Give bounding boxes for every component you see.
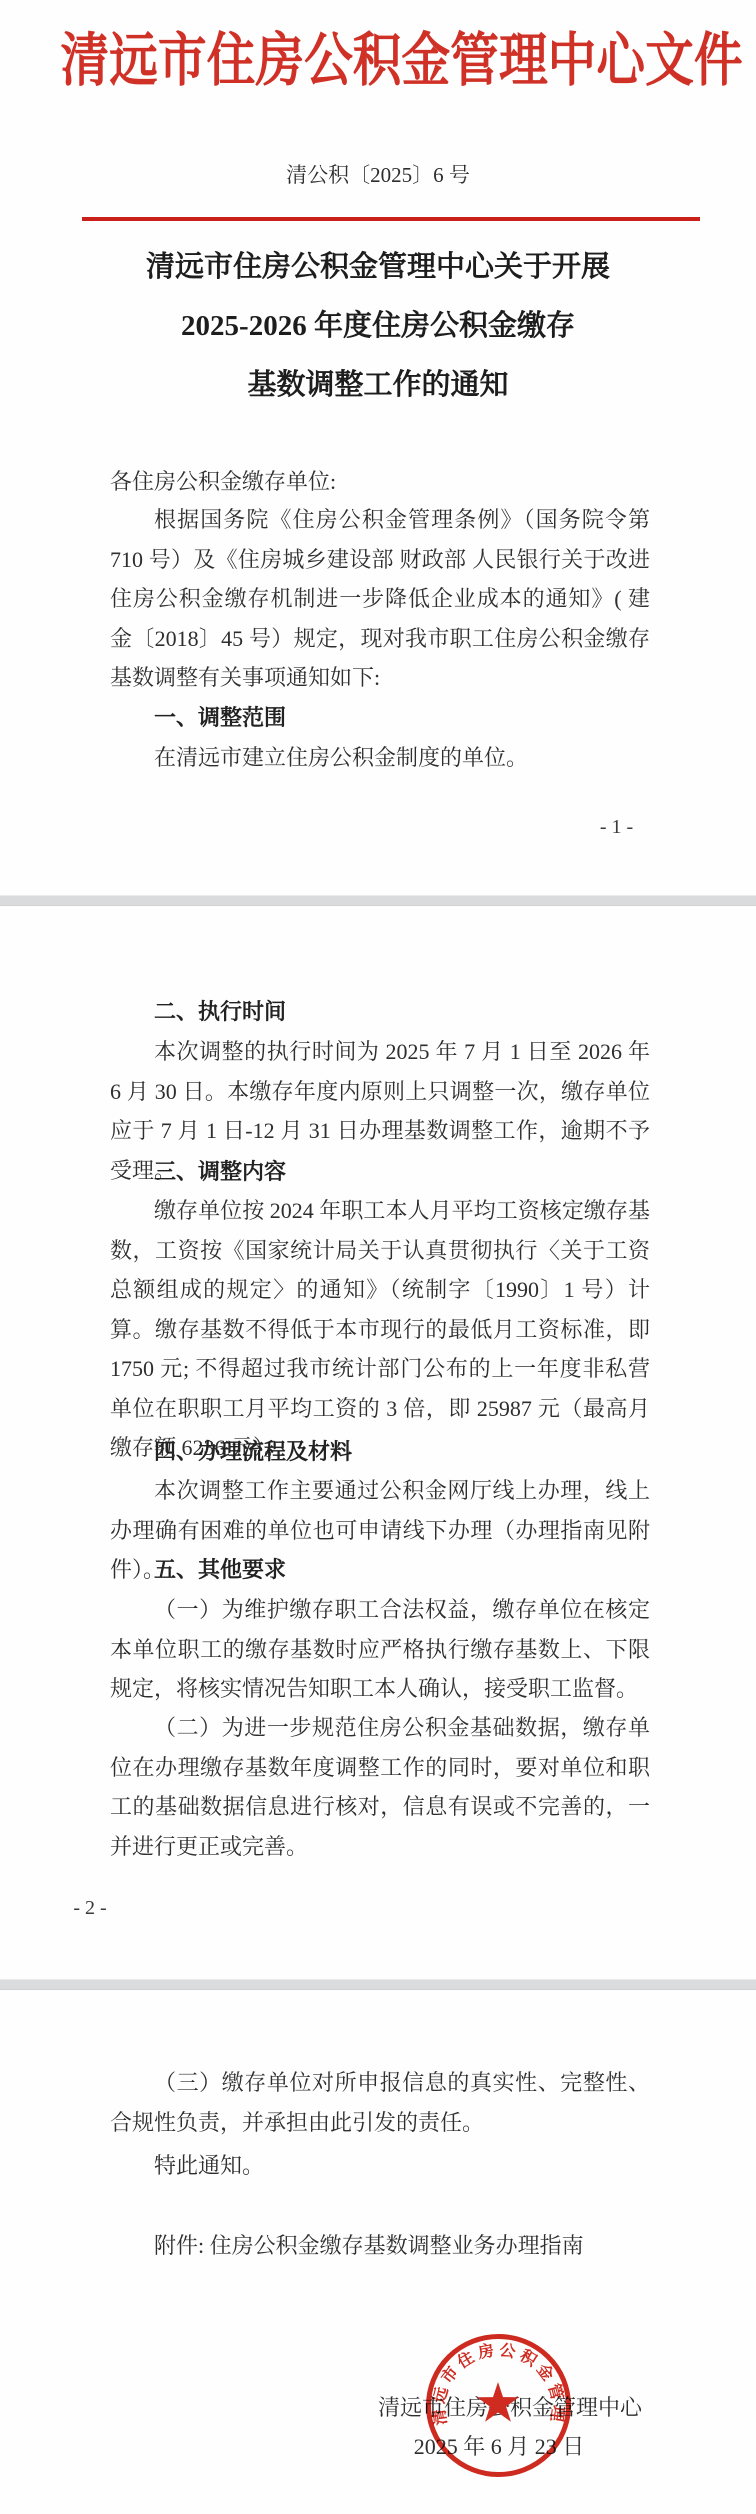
document-title-line2: 2025-2026 年度住房公积金缴存 <box>0 297 756 356</box>
paragraph-other-3: （三）缴存单位对所申报信息的真实性、完整性、合规性负责，并承担由此引发的责任。 <box>110 2063 650 2142</box>
paragraph-content: 缴存单位按 2024 年职工本人月平均工资核定缴存基数，工资按《国家统计局关于认… <box>110 1191 650 1468</box>
page-number-2: - 2 - <box>60 1893 120 1923</box>
salutation: 各住房公积金缴存单位: <box>110 462 650 502</box>
masthead-title: 清远市住房公积金管理中心文件 <box>60 30 695 92</box>
document-title: 清远市住房公积金管理中心关于开展 2025-2026 年度住房公积金缴存 基数调… <box>0 238 756 415</box>
paragraph-other-1: （一）为维护缴存职工合法权益，缴存单位在核定本单位职工的缴存基数时应严格执行缴存… <box>110 1590 650 1709</box>
red-divider-rule <box>82 217 700 221</box>
document-number: 清公积〔2025〕6 号 <box>0 160 756 190</box>
section-heading-1: 一、调整范围 <box>110 698 650 738</box>
document-title-line3: 基数调整工作的通知 <box>0 356 756 415</box>
page-number-1: - 1 - <box>560 812 673 842</box>
section-heading-2: 二、执行时间 <box>110 992 650 1032</box>
page-separator-1 <box>0 895 756 906</box>
intro-paragraph: 根据国务院《住房公积金管理条例》（国务院令第 710 号）及《住房城乡建设部 财… <box>110 500 650 698</box>
closing-line: 特此通知。 <box>110 2146 650 2186</box>
official-seal: 清远市住房公积金管理中心 <box>420 2330 578 2482</box>
official-document: 清远市住房公积金管理中心文件 清公积〔2025〕6 号 清远市住房公积金管理中心… <box>0 0 756 2514</box>
attachment-line: 附件: 住房公积金缴存基数调整业务办理指南 <box>110 2226 650 2266</box>
seal-star-icon <box>477 2382 519 2422</box>
document-title-line1: 清远市住房公积金管理中心关于开展 <box>0 238 756 297</box>
paragraph-other-2: （二）为进一步规范住房公积金基础数据，缴存单位在办理缴存基数年度调整工作的同时，… <box>110 1708 650 1866</box>
section-heading-4: 四、办理流程及材料 <box>110 1432 650 1472</box>
page-separator-2 <box>0 1979 756 1990</box>
paragraph-scope: 在清远市建立住房公积金制度的单位。 <box>110 738 650 778</box>
section-heading-3: 三、调整内容 <box>110 1152 650 1192</box>
section-heading-5: 五、其他要求 <box>110 1550 650 1590</box>
